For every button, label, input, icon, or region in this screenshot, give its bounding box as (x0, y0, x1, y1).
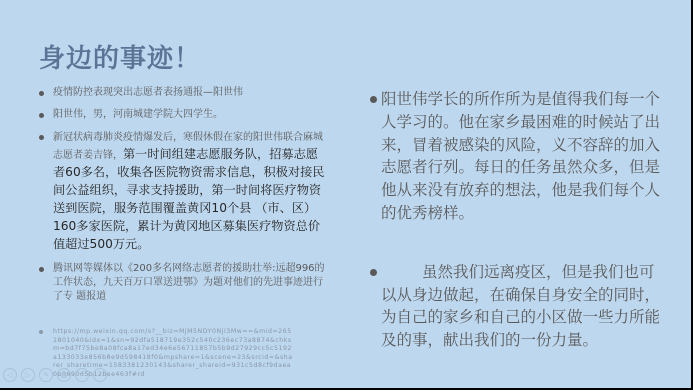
slideshow-controls: ◁ ▷ ✎ ▦ ⌕ ··· (3, 368, 107, 382)
right-column: 阳世伟学长的所作所为是值得我们每一个人学习的。他在家乡最困难的时候站了出来，冒着… (370, 88, 660, 352)
bullet-notice-title: 疫情防控表现突出志愿者表扬通报—阳世伟 (38, 86, 328, 100)
pen-icon[interactable]: ✎ (39, 368, 53, 382)
bullet-our-action: 虽然我们远离疫区，但是我们也可以从身边做起，在确保自身安全的同时，为自己的家乡和… (370, 261, 660, 352)
next-slide-icon[interactable]: ▷ (21, 368, 35, 382)
zoom-icon[interactable]: ⌕ (75, 368, 89, 382)
more-options-icon[interactable]: ··· (93, 368, 107, 382)
bullet-role-model: 阳世伟学长的所作所为是值得我们每一个人学习的。他在家乡最困难的时候站了出来，冒着… (370, 88, 660, 225)
bullet-student-info: 阳世伟，男，河南城建学院大四学生。 (38, 108, 328, 122)
slide-title: 身边的事迹！ (39, 38, 201, 75)
previous-slide-icon[interactable]: ◁ (3, 368, 17, 382)
story-highlight-text: 第一时间组建志愿服务队，招募志愿者60多名，收集各医院物资需求信息，积极对接民间… (53, 147, 324, 251)
our-action-text: 虽然我们远离疫区，但是我们也可以从身边做起，在确保自身安全的同时，为自己的家乡和… (381, 263, 660, 349)
slides-overview-icon[interactable]: ▦ (57, 368, 71, 382)
bullet-media-report: 腾讯网等媒体以《200多名网络志愿者的援助壮举:远超996的工作状态，九天百万口… (38, 262, 328, 304)
bullet-volunteer-story: 新冠状病毒肺炎疫情爆发后，寒假休假在家的阳世伟联合麻城志愿者姜吉锋，第一时间组建… (38, 130, 328, 254)
left-column: 疫情防控表现突出志愿者表扬通报—阳世伟 阳世伟，男，河南城建学院大四学生。 新冠… (38, 86, 328, 380)
presentation-slide: 身边的事迹！ 疫情防控表现突出志愿者表扬通报—阳世伟 阳世伟，男，河南城建学院大… (0, 0, 691, 388)
